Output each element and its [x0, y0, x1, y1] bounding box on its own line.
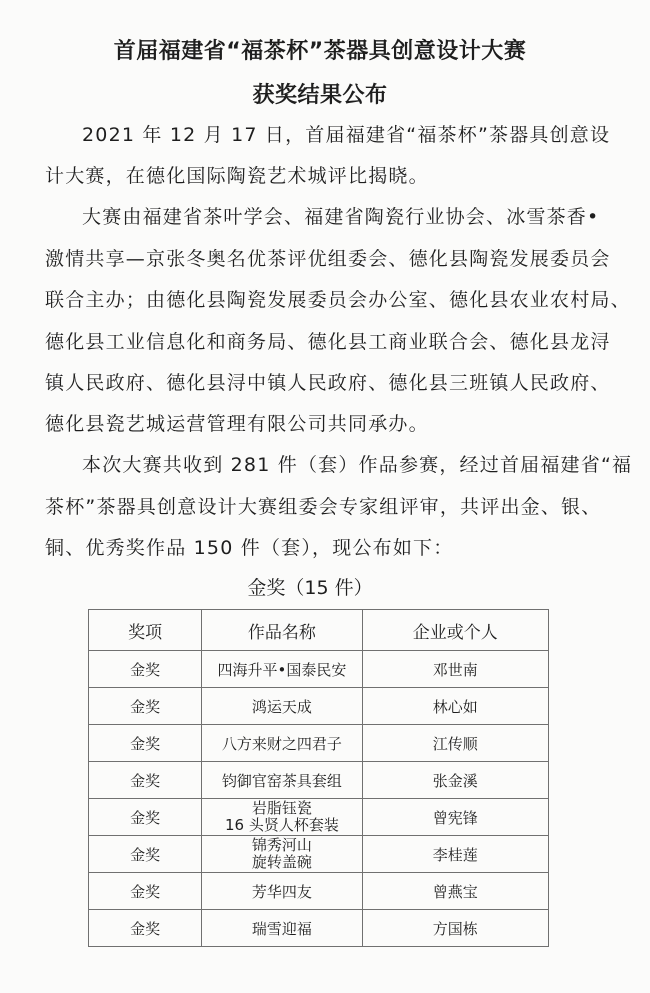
table-row: 金奖 鸿运天成 林心如 [89, 688, 549, 725]
table-header-row: 奖项 作品名称 企业或个人 [89, 610, 549, 651]
document-subtitle: 获奖结果公布 [0, 78, 640, 109]
paragraph-1-line-2: 计大赛，在德化国际陶瓷艺术城评比揭晓。 [45, 163, 593, 189]
table-row: 金奖 四海升平•国泰民安 邓世南 [89, 651, 549, 688]
award-cell: 金奖 [89, 688, 202, 725]
paragraph-2-line-5: 镇人民政府、德化县浔中镇人民政府、德化县三班镇人民政府、 [45, 370, 593, 396]
entrant-cell: 曾宪锋 [362, 799, 548, 836]
table-row: 金奖 八方来财之四君子 江传顺 [89, 725, 549, 762]
table-row: 金奖 岩脂钰瓷 16 头贤人杯套装 曾宪锋 [89, 799, 549, 836]
table-row: 金奖 钧御官窑茶具套组 张金溪 [89, 762, 549, 799]
entrant-cell: 张金溪 [362, 762, 548, 799]
paragraph-3-line-3: 铜、优秀奖作品 150 件（套），现公布如下： [45, 535, 593, 561]
entrant-cell: 江传顺 [362, 725, 548, 762]
award-cell: 金奖 [89, 910, 202, 947]
work-cell: 四海升平•国泰民安 [202, 651, 362, 688]
paragraph-3-line-2: 茶杯”茶器具创意设计大赛组委会专家组评审，共评出金、银、 [45, 494, 593, 520]
work-name-line-1: 锦秀河山 [202, 837, 361, 854]
work-cell: 八方来财之四君子 [202, 725, 362, 762]
entrant-cell: 李桂莲 [362, 836, 548, 873]
table-row: 金奖 锦秀河山 旋转盖碗 李桂莲 [89, 836, 549, 873]
paragraph-2-line-6: 德化县瓷艺城运营管理有限公司共同承办。 [45, 411, 593, 437]
column-header-award: 奖项 [89, 610, 202, 651]
award-cell: 金奖 [89, 725, 202, 762]
work-cell: 钧御官窑茶具套组 [202, 762, 362, 799]
work-cell: 芳华四友 [202, 873, 362, 910]
table-row: 金奖 芳华四友 曾燕宝 [89, 873, 549, 910]
paragraph-1-line-1: 2021 年 12 月 17 日，首届福建省“福茶杯”茶器具创意设 [82, 122, 593, 148]
document-title: 首届福建省“福茶杯”茶器具创意设计大赛 [0, 34, 640, 65]
award-cell: 金奖 [89, 799, 202, 836]
award-cell: 金奖 [89, 873, 202, 910]
entrant-cell: 林心如 [362, 688, 548, 725]
awards-table: 奖项 作品名称 企业或个人 金奖 四海升平•国泰民安 邓世南 金奖 鸿运天成 林… [88, 609, 549, 947]
document-page: 首届福建省“福茶杯”茶器具创意设计大赛 获奖结果公布 2021 年 12 月 1… [0, 0, 650, 993]
table-row: 金奖 瑞雪迎福 方国栋 [89, 910, 549, 947]
column-header-entrant: 企业或个人 [362, 610, 548, 651]
work-cell: 瑞雪迎福 [202, 910, 362, 947]
work-cell: 岩脂钰瓷 16 头贤人杯套装 [202, 799, 362, 836]
entrant-cell: 邓世南 [362, 651, 548, 688]
work-name-line-2: 16 头贤人杯套装 [202, 817, 361, 834]
award-cell: 金奖 [89, 836, 202, 873]
paragraph-2-line-4: 德化县工业信息化和商务局、德化县工商业联合会、德化县龙浔 [45, 329, 593, 355]
paragraph-3-line-1: 本次大赛共收到 281 件（套）作品参赛，经过首届福建省“福 [82, 452, 593, 478]
award-cell: 金奖 [89, 762, 202, 799]
work-name-line-2: 旋转盖碗 [202, 854, 361, 871]
work-cell: 锦秀河山 旋转盖碗 [202, 836, 362, 873]
column-header-work: 作品名称 [202, 610, 362, 651]
work-cell: 鸿运天成 [202, 688, 362, 725]
paragraph-2-line-1: 大赛由福建省茶叶学会、福建省陶瓷行业协会、冰雪茶香• [82, 204, 593, 230]
entrant-cell: 曾燕宝 [362, 873, 548, 910]
section-heading-gold: 金奖（15 件） [0, 573, 620, 600]
award-cell: 金奖 [89, 651, 202, 688]
paragraph-2-line-3: 联合主办；由德化县陶瓷发展委员会办公室、德化县农业农村局、 [45, 287, 593, 313]
paragraph-2-line-2: 激情共享—京张冬奥名优茶评优组委会、德化县陶瓷发展委员会 [45, 246, 593, 272]
work-name-line-1: 岩脂钰瓷 [202, 800, 361, 817]
entrant-cell: 方国栋 [362, 910, 548, 947]
